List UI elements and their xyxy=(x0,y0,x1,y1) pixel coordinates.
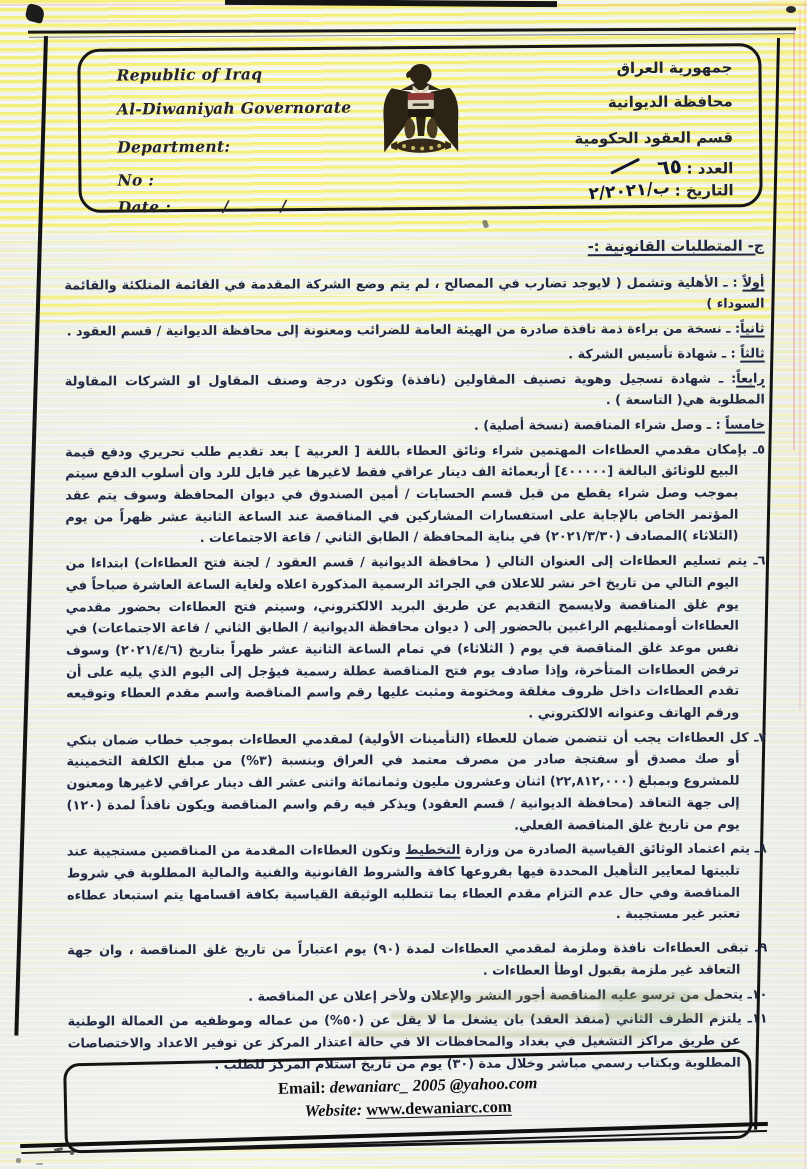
text-segment: يلتزم الطرف الثاني (منفذ العقد) بان يشغل… xyxy=(68,1012,742,1073)
scan-pink-streak xyxy=(799,10,801,710)
underlined-text: ج- المتطلبات القانونية :- xyxy=(588,238,765,255)
underlined-text: التخطيط xyxy=(405,843,460,858)
scan-speck xyxy=(482,219,489,228)
scan-speck xyxy=(54,1147,63,1152)
item-number: ٧ـ xyxy=(749,730,767,745)
underlined-text: ثالثاً xyxy=(740,346,765,361)
scan-edge-mark xyxy=(225,0,557,7)
date-slash: / xyxy=(280,196,286,215)
arabic-number-line: العدد : ٦٥ xyxy=(610,154,734,179)
english-date-line: Date : / / xyxy=(118,196,287,216)
body-paragraph: ج- المتطلبات القانونية :- xyxy=(64,236,764,261)
scan-frame-top-line xyxy=(28,27,796,33)
body-paragraph: خامساً : ـ وصل شراء المناقصة (نسخة أصلية… xyxy=(65,414,765,439)
scan-frame-bottom-line xyxy=(20,1122,768,1148)
body-paragraph: أولاً : ـ الأهلية وتشمل ( لايوجد تضارب ف… xyxy=(64,272,764,318)
handwritten-stroke xyxy=(610,158,640,175)
body-paragraph: رابعاً: ـ شهادة تسجيل وهوية تصنيف المقاو… xyxy=(65,368,765,414)
english-country-line: Republic of Iraq xyxy=(116,64,262,84)
date-slash: / xyxy=(223,197,229,216)
body-paragraph: ثانياً: ـ نسخة من براءة ذمة نافذة صادرة … xyxy=(65,319,765,344)
underlined-text: رابعاً xyxy=(736,371,765,386)
text-segment: : ـ شهادة تسجيل وهوية تصنيف المقاولين (ن… xyxy=(65,371,765,408)
body-paragraph: ١١ـ يلتزم الطرف الثاني (منفذ العقد) بان … xyxy=(68,1009,768,1077)
arabic-country-line: جمهورية العراق xyxy=(617,58,733,77)
text-segment: : ـ وصل شراء المناقصة (نسخة أصلية) . xyxy=(474,418,725,434)
english-department-label: Department: xyxy=(117,137,230,157)
body-paragraph: ٦ـ يتم تسليم العطاءات إلى العنوان التالي… xyxy=(66,551,767,728)
scanned-document-page: { "header": { "english": { "line1": "Rep… xyxy=(0,0,807,1169)
text-segment: يتم تسليم العطاءات إلى العنوان التالي ( … xyxy=(66,554,748,722)
english-governorate-line: Al-Diwaniyah Governorate xyxy=(117,98,352,119)
email-label: Email: xyxy=(278,1078,326,1098)
text-segment: : ـ نسخة من براءة ذمة نافذة صادرة من اله… xyxy=(67,322,740,340)
item-number: ٦ـ xyxy=(747,554,765,569)
body-paragraph: ٧ـ كل العطاءات يجب أن تتضمن ضمان للعطاء … xyxy=(66,727,766,839)
scan-pink-streak xyxy=(793,30,795,450)
text-segment: : ـ الأهلية وتشمل ( لايوجد تضارب في المص… xyxy=(64,275,764,312)
scan-pink-streak xyxy=(0,4,807,6)
body-paragraph: ٨ـ يتم اعتماد الوثائق القياسية الصادرة م… xyxy=(67,839,767,929)
scan-yellow-band xyxy=(0,0,807,232)
english-number-label: No : xyxy=(117,170,154,189)
underlined-text: ثانياً xyxy=(740,322,765,337)
body-paragraph: ثالثاً : ـ شهادة تأسيس الشركة . xyxy=(65,343,765,368)
scan-pink-streak xyxy=(804,0,806,1169)
arabic-date-line: التاريخ : ب/٢/٢٠٢١ xyxy=(588,180,734,201)
text-segment: تبقى العطاءات نافذة وملزمة لمقدمي العطاء… xyxy=(67,941,748,979)
arabic-department-line: قسم العقود الحكومية xyxy=(574,128,733,147)
scan-speck xyxy=(16,1158,21,1163)
body-paragraph: ١٠ـ يتحمل من ترسو عليه المناقصة أجور الن… xyxy=(67,984,767,1009)
item-number: ٨ـ xyxy=(750,842,767,857)
text-segment: يتحمل من ترسو عليه المناقصة أجور النشر و… xyxy=(248,987,743,1004)
arabic-number-label: العدد : xyxy=(686,159,733,177)
handwritten-number: ٦٥ xyxy=(656,154,683,180)
scan-yellow-band xyxy=(770,0,807,520)
website-value: www.dewaniarc.com xyxy=(366,1097,512,1119)
item-number: ٩ـ xyxy=(749,941,768,956)
english-date-label: Date : xyxy=(118,197,172,216)
text-segment: كل العطاءات يجب أن تتضمن ضمان للعطاء (ال… xyxy=(66,730,748,833)
body-text: ج- المتطلبات القانونية :-أولاً : ـ الأهل… xyxy=(64,236,768,1079)
letterhead-box: Republic of Iraq Al-Diwaniyah Governorat… xyxy=(77,43,762,213)
item-number: ١٠ـ xyxy=(743,987,768,1002)
website-label: Website: xyxy=(304,1100,362,1120)
scan-yellow-band xyxy=(0,1142,807,1169)
scan-blob-mark xyxy=(24,3,46,24)
underlined-text: أولاً xyxy=(742,275,764,290)
body-paragraph: ٩ـ تبقى العطاءات نافذة وملزمة لمقدمي الع… xyxy=(67,938,767,984)
text-segment: بإمكان مقدمي العطاءات المهتمين شراء وثائ… xyxy=(65,442,747,546)
handwritten-date: ب/٢/٢٠٢١ xyxy=(587,178,670,204)
arabic-date-label: التاريخ : xyxy=(675,181,734,200)
scan-speck xyxy=(36,1163,43,1165)
text-segment: يتم اعتماد الوثائق القياسية الصادرة من و… xyxy=(460,842,750,858)
body-paragraph: ٥ـ بإمكان مقدمي العطاءات المهتمين شراء و… xyxy=(65,439,765,551)
scan-dot-mark xyxy=(786,6,796,13)
item-number: ١١ـ xyxy=(742,1012,768,1027)
arabic-governorate-line: محافظة الديوانية xyxy=(608,92,733,111)
item-number: ٥ـ xyxy=(747,442,765,457)
iraq-eagle-emblem xyxy=(370,53,471,200)
website-line: Website: www.dewaniarc.com xyxy=(67,1092,749,1127)
underlined-text: خامساً xyxy=(725,417,765,432)
text-segment: : ـ شهادة تأسيس الشركة . xyxy=(568,346,740,362)
scan-speck xyxy=(70,1151,74,1155)
scan-frame-left-line xyxy=(14,36,47,1036)
scan-pink-streak xyxy=(40,20,310,22)
